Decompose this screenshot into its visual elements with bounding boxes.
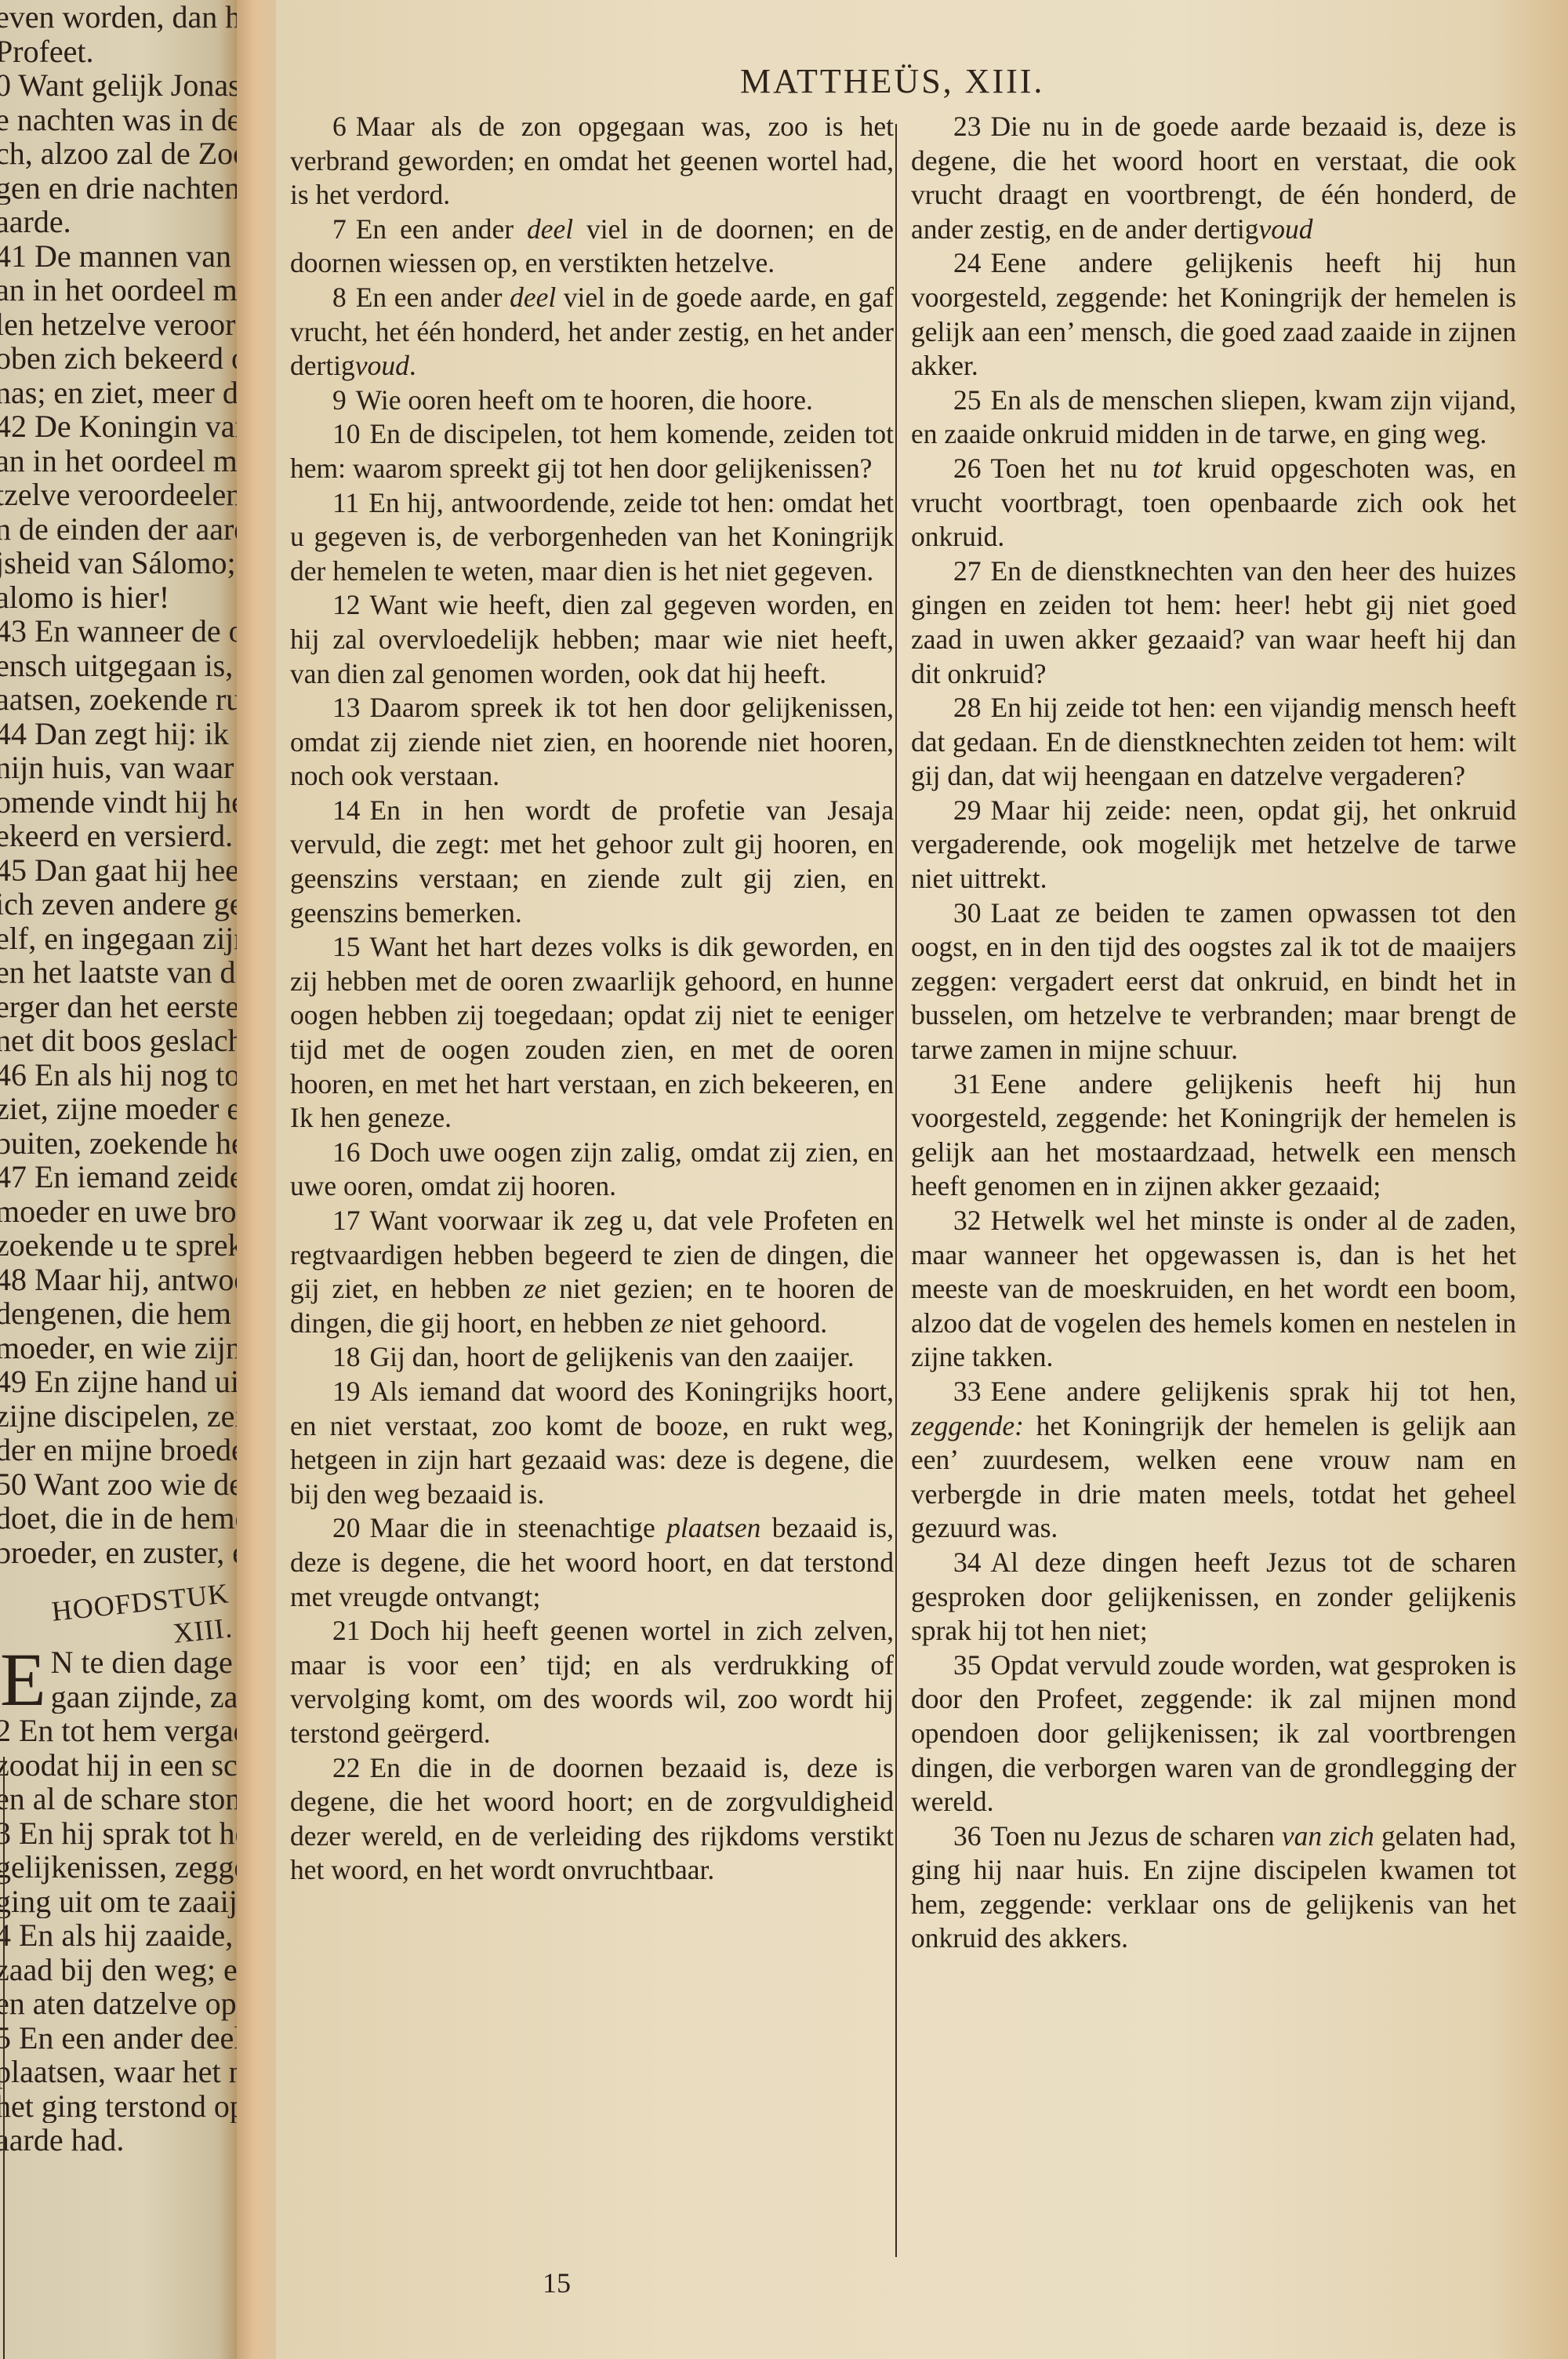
verse-36: 36Toen nu Jezus de scharen van zich gela… [911, 1819, 1516, 1956]
verse-7: 7En een ander deel viel in de doornen; e… [290, 213, 894, 281]
previous-page-line: aatsen, zoekende rust, en vindt [0, 682, 237, 717]
previous-page-line: en al de schare stond op den oever. [0, 1782, 237, 1816]
verse-text: . [409, 350, 416, 381]
verse-number: 33 [953, 1376, 982, 1407]
verse-text: Eene andere gelijkenis heeft hij hun voo… [911, 247, 1516, 381]
previous-page-line: nijn huis, van waar ik uitgegaan [0, 751, 237, 785]
previous-page-line: 48 Maar hij, antwoordende, zeide [0, 1263, 237, 1297]
previous-page-line: 4 En als hij zaaide, viel een deel [0, 1918, 237, 1953]
verse-number: 36 [953, 1820, 982, 1852]
verse-20: 20Maar die in steenachtige plaatsen beza… [290, 1511, 894, 1614]
verse-number: 16 [332, 1136, 361, 1168]
verse-34: 34Al deze dingen heeft Jezus tot de scha… [911, 1546, 1516, 1648]
verse-number: 18 [332, 1341, 361, 1372]
previous-page-line: moeder, en wie zijn mijne broeders [0, 1331, 237, 1365]
text-column-right: 23Die nu in de goede aarde bezaaid is, d… [911, 110, 1516, 1956]
verse-number: 29 [953, 794, 982, 826]
italic-supplied-word: plaatsen [666, 1512, 760, 1543]
verse-number: 15 [332, 931, 361, 962]
verse-8: 8En een ander deel viel in de goede aard… [290, 281, 894, 383]
verse-number: 23 [953, 111, 982, 142]
verse-15: 15Want het hart dezes volks is dik gewor… [290, 930, 894, 1136]
previous-page-line: an in het oordeel met dit ge [0, 273, 237, 307]
previous-page-curled: even worden, dan het teekenProfeet.0 Wan… [0, 0, 237, 2359]
verse-number: 9 [332, 384, 347, 416]
verse-text: Eene andere gelijkenis sprak hij tot hen… [991, 1376, 1517, 1407]
verse-33: 33Eene andere gelijkenis sprak hij tot h… [911, 1375, 1516, 1546]
previous-page-line: aarde. [0, 205, 237, 239]
verse-text: Doch uwe oogen zijn zalig, omdat zij zie… [290, 1136, 894, 1202]
previous-page-line: n de einden der aarde, om te hoo [0, 512, 237, 547]
verse-13: 13Daarom spreek ik tot hen door gelijken… [290, 691, 894, 794]
verse-28: 28En hij zeide tot hen: een vijandig men… [911, 691, 1516, 794]
verse-text: En als de menschen sliepen, kwam zijn vi… [911, 384, 1516, 450]
previous-page-line: ziet, zijne moeder en broeders [0, 1092, 237, 1126]
verse-number: 21 [332, 1615, 361, 1646]
previous-page-line: ch, alzoo zal de Zoon des mensch [0, 136, 237, 171]
verse-number: 31 [953, 1068, 982, 1100]
column-divider [895, 124, 897, 2257]
verse-number: 10 [332, 418, 361, 449]
previous-page-line: en het laatste van denzelven mens [0, 955, 237, 990]
page-number: 15 [543, 2266, 571, 2299]
verse-text: Maar die in steenachtige [370, 1512, 667, 1543]
previous-page-line: aarde had. [0, 2123, 237, 2157]
verse-text: En een ander [356, 282, 510, 313]
verse-22: 22En die in de doornen bezaaid is, deze … [290, 1751, 894, 1888]
verse-text: En een ander [356, 213, 527, 245]
verse-text: Toen het nu [991, 453, 1153, 484]
verse-number: 30 [953, 897, 982, 929]
previous-page-line: 0 Want gelijk Jonas drie [0, 68, 237, 103]
verse-19: 19Als iemand dat woord des Koningrijks h… [290, 1375, 894, 1511]
verse-number: 34 [953, 1547, 982, 1578]
verse-text: En die in de doornen bezaaid is, deze is… [290, 1752, 894, 1886]
previous-page-line: ich zeven andere geesten, boozer [0, 887, 237, 921]
verse-24: 24Eene andere gelijkenis heeft hij hun v… [911, 246, 1516, 383]
italic-supplied-word: voud [355, 350, 409, 381]
verse-number: 19 [332, 1376, 361, 1407]
previous-page-line: 47 En iemand zeide tot hem: [0, 1160, 237, 1194]
verse-text: Want wie heeft, dien zal gegeven worden,… [290, 589, 894, 689]
previous-page-line: tzelve veroordeelen: want zij is ge [0, 478, 237, 512]
verse-29: 29Maar hij zeide: neen, opdat gij, het o… [911, 794, 1516, 896]
verse-11: 11En hij, antwoordende, zeide tot hen: o… [290, 486, 894, 589]
verse-text: Wie ooren heeft om te hooren, die hoore. [356, 384, 813, 416]
previous-page-line: moeder en uwe broeders staan daar [0, 1194, 237, 1229]
verse-number: 28 [953, 692, 982, 723]
verse-text: Doch hij heeft geenen wortel in zich zel… [290, 1615, 894, 1749]
italic-supplied-word: voud [1259, 213, 1313, 245]
verse-17: 17Want voorwaar ik zeg u, dat vele Profe… [290, 1204, 894, 1340]
previous-page-line: even worden, dan het teeken [0, 0, 237, 35]
previous-page-line: net dit boos geslacht zijn. [0, 1023, 237, 1058]
previous-page-line: doet, die in de hemelen is, dezelve [0, 1501, 237, 1536]
previous-page-line: zoodat hij in een schip ging en [0, 1748, 237, 1783]
verse-32: 32Hetwelk wel het minste is onder al de … [911, 1204, 1516, 1375]
verse-14: 14En in hen wordt de profetie van Jesaja… [290, 794, 894, 930]
verse-text: En in hen wordt de profetie van Jesaja v… [290, 794, 894, 929]
previous-page-line: 42 De Koningin van het Zuiden [0, 409, 237, 444]
verse-text: Eene andere gelijkenis heeft hij hun voo… [911, 1068, 1516, 1202]
previous-page-line: 3 En hij sprak tot hen vele dingen [0, 1816, 237, 1851]
verse-text: Maar als de zon opgegaan was, zoo is het… [290, 111, 894, 210]
book-gutter [237, 0, 276, 2359]
previous-page-line: oben zich bekeerd op de predi [0, 341, 237, 376]
previous-page-line: gaan zijnde, zat bij de zee. [51, 1680, 237, 1714]
verse-23: 23Die nu in de goede aarde bezaaid is, d… [911, 110, 1516, 246]
italic-supplied-word: deel [527, 213, 573, 245]
verse-number: 14 [332, 794, 361, 826]
italic-supplied-word: zeggende: [911, 1410, 1024, 1441]
verse-10: 10En de discipelen, tot hem komende, zei… [290, 417, 894, 485]
previous-page-line: 46 En als hij nog tot de scharen [0, 1058, 237, 1092]
verse-number: 27 [953, 555, 982, 587]
page-15: MATTHEÜS, XIII. 6Maar als de zon opgegaa… [276, 0, 1568, 2359]
verse-text: Daarom spreek ik tot hen door gelijkenis… [290, 692, 894, 791]
previous-page-line: 44 Dan zegt hij: ik zal wederk [0, 717, 237, 751]
previous-page-line: 41 De mannen van Ninivé zul [0, 239, 237, 274]
verse-number: 32 [953, 1205, 982, 1236]
previous-page-line: e nachten was in den buik van [0, 103, 237, 137]
previous-page-line: 5 En een ander deel viel op steen [0, 2021, 237, 2055]
verse-number: 25 [953, 384, 982, 416]
previous-page-line: 49 En zijne hand uitstrekkende [0, 1365, 237, 1399]
verse-text: En de discipelen, tot hem komende, zeide… [290, 418, 894, 484]
verse-number: 22 [332, 1752, 361, 1783]
verse-number: 35 [953, 1649, 982, 1681]
previous-page-line: nas; en ziet, meer dan Jonas is [0, 376, 237, 410]
verse-text: niet gehoord. [673, 1307, 827, 1339]
verse-number: 13 [332, 692, 361, 723]
previous-page-line: zoekende u te spreken. [0, 1228, 237, 1263]
previous-page-line: broeder, en zuster, en moeder. [0, 1536, 237, 1570]
previous-page-line: 50 Want zoo wie den wil mijns [0, 1467, 237, 1502]
previous-page-line: elf, en ingegaan zijnde wonen [0, 921, 237, 956]
previous-page-line: buiten, zoekende hem te spreken [0, 1126, 237, 1161]
verse-text: Want het hart dezes volks is dik geworde… [290, 931, 894, 1133]
italic-supplied-word: ze [524, 1273, 547, 1304]
verse-text: En hij, antwoordende, zeide tot hen: omd… [290, 487, 894, 587]
previous-page-line: gen en drie nachten wezen in het [0, 171, 237, 205]
verse-text: En hij zeide tot hen: een vijandig mensc… [911, 692, 1516, 791]
italic-supplied-word: ze [650, 1307, 673, 1339]
italic-supplied-word: van zich [1282, 1820, 1374, 1852]
verse-number: 7 [332, 213, 347, 245]
verse-12: 12Want wie heeft, dien zal gegeven worde… [290, 588, 894, 691]
verse-text: Opdat vervuld zoude worden, wat gesproke… [911, 1649, 1516, 1817]
previous-page-line: omende vindt hij het ledig, met [0, 785, 237, 820]
previous-page-line: der en mijne broeders. [0, 1433, 237, 1467]
verse-text: Hetwelk wel het minste is onder al de za… [911, 1205, 1516, 1372]
column-rule [3, 1757, 5, 2359]
previous-page-line: het ging terstond op, omdat het [0, 2089, 237, 2124]
previous-page-line: zijne discipelen, zeide hij: ziet, mijn [0, 1399, 237, 1434]
previous-page-line: len hetzelve veroordeelen; want [0, 307, 237, 342]
verse-26: 26Toen het nu tot kruid opgeschoten was,… [911, 452, 1516, 554]
previous-page-line: en aten datzelve op. [0, 1986, 237, 2021]
previous-page-line: ekeerd en versierd. [0, 819, 237, 853]
verse-number: 17 [332, 1205, 361, 1236]
verse-number: 20 [332, 1512, 361, 1543]
verse-text: Maar hij zeide: neen, opdat gij, het onk… [911, 794, 1516, 894]
verse-number: 12 [332, 589, 361, 620]
previous-page-line: gelijkenissen, zeggende: ziet, een [0, 1850, 237, 1885]
verse-35: 35Opdat vervuld zoude worden, wat gespro… [911, 1648, 1516, 1819]
verse-31: 31Eene andere gelijkenis heeft hij hun v… [911, 1067, 1516, 1204]
previous-page-line: zaad bij den weg; en de vogelen [0, 1953, 237, 1987]
previous-page-line: an in het oordeel met dit ge [0, 444, 237, 478]
verse-text: Die nu in de goede aarde bezaaid is, dez… [911, 111, 1516, 245]
verse-number: 11 [332, 487, 359, 518]
verse-text: Al deze dingen heeft Jezus tot de schare… [911, 1547, 1516, 1646]
previous-page-line: plaatsen, waar het niet veel aarde [0, 2055, 237, 2089]
verse-text: En de dienstknechten van den heer des hu… [911, 555, 1516, 689]
verse-text: Als iemand dat woord des Koningrijks hoo… [290, 1376, 894, 1510]
previous-page-line: erger dan het eerste. Alzoo zal [0, 990, 237, 1024]
previous-page-line: 2 En tot hem vergaderden vele [0, 1714, 237, 1748]
previous-page-line: 43 En wanneer de onreine geest [0, 614, 237, 649]
previous-page-line: dengenen, die hem dat zeide: wie [0, 1296, 237, 1331]
previous-page-text: even worden, dan het teekenProfeet.0 Wan… [0, 0, 237, 2157]
verse-text: Gij dan, hoort de gelijkenis van den zaa… [370, 1341, 855, 1372]
running-head: MATTHEÜS, XIII. [740, 61, 1044, 101]
previous-page-line: ging uit om te zaaijen. [0, 1885, 237, 1919]
verse-number: 24 [953, 247, 982, 278]
verse-16: 16Doch uwe oogen zijn zalig, omdat zij z… [290, 1136, 894, 1204]
verse-25: 25En als de menschen sliepen, kwam zijn … [911, 383, 1516, 452]
italic-supplied-word: deel [510, 282, 556, 313]
previous-page-line: jsheid van Sálomo; en ziet, meer [0, 546, 237, 580]
previous-page-line: Profeet. [0, 35, 237, 69]
verse-9: 9Wie ooren heeft om te hooren, die hoore… [290, 383, 894, 418]
text-column-left: 6Maar als de zon opgegaan was, zoo is he… [290, 110, 894, 1888]
verse-30: 30Laat ze beiden te zamen opwassen tot d… [911, 896, 1516, 1067]
previous-page-line: alomo is hier! [0, 580, 237, 615]
verse-number: 8 [332, 282, 347, 313]
verse-text: Toen nu Jezus de scharen [991, 1820, 1282, 1852]
verse-text: Laat ze beiden te zamen opwassen tot den… [911, 897, 1516, 1065]
italic-supplied-word: tot [1152, 453, 1181, 484]
verse-21: 21Doch hij heeft geenen wortel in zich z… [290, 1614, 894, 1750]
verse-18: 18Gij dan, hoort de gelijkenis van den z… [290, 1340, 894, 1375]
verse-number: 26 [953, 453, 982, 484]
previous-page-line: ensch uitgegaan is, zoo gaat hij door [0, 649, 237, 683]
verse-27: 27En de dienstknechten van den heer des … [911, 554, 1516, 691]
verse-6: 6Maar als de zon opgegaan was, zoo is he… [290, 110, 894, 213]
previous-page-line: 45 Dan gaat hij heen en nee [0, 853, 237, 888]
verse-number: 6 [332, 111, 347, 142]
